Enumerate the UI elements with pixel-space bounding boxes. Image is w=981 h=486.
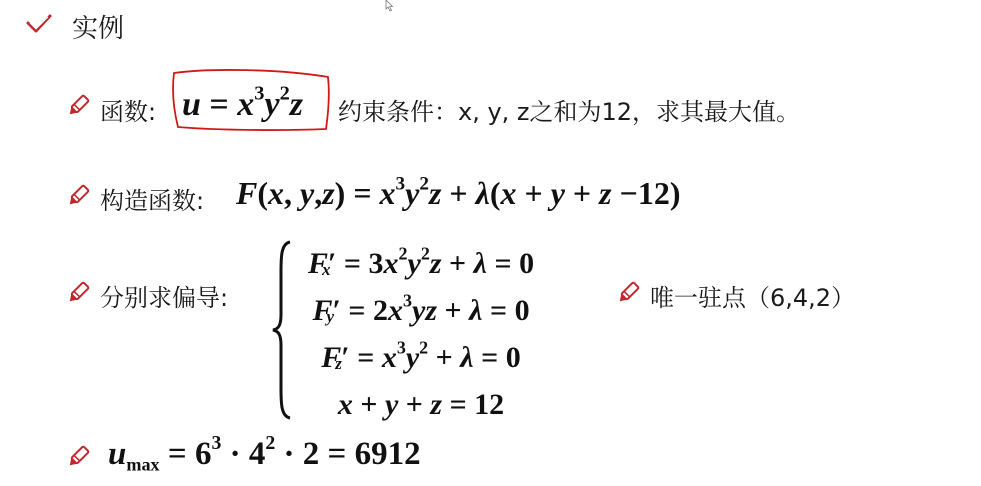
plus: + [573,175,591,211]
var-x: x [384,247,399,280]
result-value: 6912 [355,436,421,472]
eq-fz: F′z = x3y2 + λ = 0 [286,334,556,381]
plus: + [360,388,377,421]
constraint-text: 约束条件：x, y, z之和为12，求其最大值。 [338,92,800,127]
exp-2: 2 [399,244,408,264]
check-icon [26,13,52,35]
var-u: u [108,436,126,472]
exp-2: 2 [419,338,428,358]
equation-system: F′x = 3x2y2z + λ = 0 F′y = 2x3yz + λ = 0… [286,240,556,428]
var-y: y [405,175,419,211]
plus: + [449,247,466,280]
var-lambda: λ [460,341,473,374]
pencil-icon [66,443,92,469]
equals: = [348,294,365,327]
eq-fy: F′y = 2x3yz + λ = 0 [286,287,556,334]
var-x: x [388,294,403,327]
mouse-cursor-icon [385,0,395,12]
var-z: z [322,175,334,211]
pencil-icon [66,92,92,118]
zero: 0 [515,294,530,327]
partial-derivatives-label: 分别求偏导: [100,278,228,313]
equals: = [490,294,507,327]
function-label: 函数: [100,92,156,127]
var-x: x [268,175,284,211]
pencil-icon [66,182,92,208]
exp-2: 2 [419,174,429,195]
base-4: 4 [249,436,266,472]
plus: + [436,341,453,374]
section-title: 实例 [72,8,124,45]
var-F: F [236,175,257,211]
var-y: y [300,175,314,211]
construct-label: 构造函数: [100,181,204,216]
var-lambda: λ [469,294,482,327]
var-x: x [500,175,516,211]
annotation-box [170,67,332,133]
var-x: x [380,175,396,211]
const-12: 12 [638,175,670,211]
max-value-formula: umax = 63 · 42 · 2 = 6912 [108,436,421,473]
plus: + [445,294,462,327]
equals: = [450,388,467,421]
exp-3: 3 [403,291,412,311]
zero: 0 [519,247,534,280]
var-lambda: λ [476,175,490,211]
equals: = [353,175,371,211]
exp-2: 2 [265,432,275,454]
var-y: y [385,388,398,421]
plus: + [406,388,423,421]
dot: · [230,436,241,472]
sub-y: y [326,293,334,340]
stationary-point: 唯一驻点（6,4,2） [650,278,855,313]
minus: − [620,175,638,211]
eq-constraint: x + y + z = 12 [286,381,556,428]
var-y: y [551,175,565,211]
factor-2: 2 [303,436,320,472]
exp-3: 3 [396,174,406,195]
zero: 0 [506,341,521,374]
equals: = [328,436,347,472]
base-6: 6 [195,436,212,472]
exp-3: 3 [397,338,406,358]
var-z: z [430,247,442,280]
var-lambda: λ [474,247,487,280]
var-z: z [430,388,442,421]
var-y: y [406,341,419,374]
plus: + [449,175,467,211]
plus: + [524,175,542,211]
const-12: 12 [474,388,504,421]
var-z: z [429,175,441,211]
var-z: z [425,294,437,327]
var-y: y [408,247,421,280]
var-z: z [599,175,611,211]
sub-z: z [335,340,342,387]
pencil-icon [66,279,92,305]
equals: = [357,341,374,374]
equals: = [344,247,361,280]
exp-2: 2 [421,244,430,264]
var-x: x [382,341,397,374]
equals: = [481,341,498,374]
var-y: y [412,294,425,327]
exp-3: 3 [211,432,221,454]
equals: = [168,436,187,472]
sub-x: x [322,246,331,293]
pencil-icon [616,279,642,305]
lagrangian-formula: F(x, y,z) = x3y2z + λ(x + y + z −12) [236,175,681,212]
sub-max: max [126,454,159,474]
equals: = [494,247,511,280]
eq-fx: F′x = 3x2y2z + λ = 0 [286,240,556,287]
var-x: x [338,388,353,421]
dot: · [283,436,294,472]
